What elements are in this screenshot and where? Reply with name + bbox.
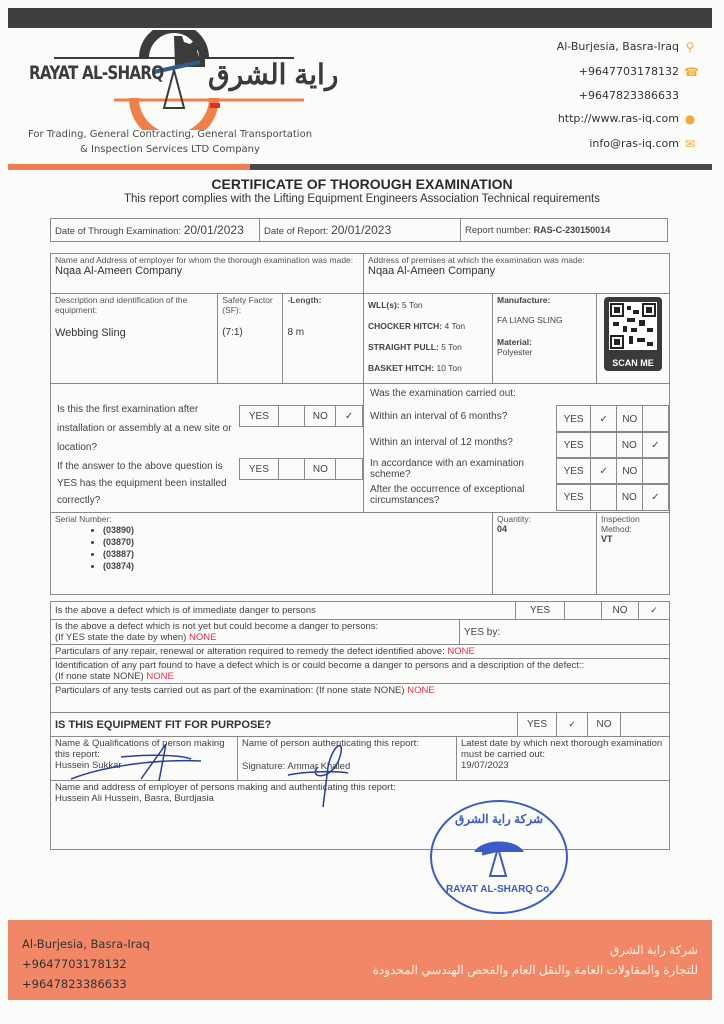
next-exam-value: 19/07/2023 [461,760,665,771]
identification-label: Identification of any part found to have… [55,660,665,671]
contact-phone-2[interactable]: +9647823386633 [579,89,679,102]
manufacture-label: Manufacture: [497,295,592,305]
footer-phone-2[interactable]: +9647823386633 [22,974,150,994]
wll-label: WLL(s): [368,300,400,310]
serial-number-label: Serial Number: [55,514,488,524]
no-label: NO [588,713,621,737]
identification-row: Identification of any part found to have… [50,658,670,684]
immediate-danger-label: Is the above a defect which is of immedi… [51,602,516,620]
straight-pull-value: 5 Ton [441,342,462,352]
exam-answer-1: YES✓NO [556,405,669,433]
contact-phone-1-text[interactable]: +9647703178132 [579,65,679,78]
exam-carried-heading: Was the examination carried out: [370,388,516,399]
no-label: NO [305,406,336,427]
certificate-title: CERTIFICATE OF THOROUGH EXAMINATION [0,176,724,192]
future-danger-row: Is the above a defect which is not yet b… [50,619,670,645]
exam-no-checkbox[interactable] [643,458,669,485]
material-value: Polyester [497,347,592,357]
footer-address: Al-Burjesia, Basra-Iraq [22,934,150,954]
no-label: NO [616,484,642,511]
report-number-label: Report number: [465,225,531,236]
no-label: NO [617,406,643,433]
installed-correctly-answer: YESNO [239,458,363,480]
fit-for-purpose-label: IS THIS EQUIPMENT FIT FOR PURPOSE? [51,713,518,737]
right-questions-cell: Was the examination carried out: Within … [364,384,670,513]
website-link[interactable]: http://www.ras-iq.com [558,112,679,125]
wll-value: 5 Ton [402,300,423,310]
fit-for-purpose-row: IS THIS EQUIPMENT FIT FOR PURPOSE? YES ✓… [50,712,670,737]
fit-no-checkbox[interactable] [621,713,670,737]
next-exam-label: Latest date by which next thorough exami… [461,738,665,760]
choker-hitch-label: CHOCKER HITCH: [368,321,442,331]
footer-phone-1[interactable]: +9647703178132 [22,954,150,974]
future-danger-label: Is the above a defect which is not yet b… [55,621,455,632]
tests-value: NONE [407,685,434,696]
manufacture-cell: Manufacture: FA LIANG SLING Material: Po… [493,294,597,384]
yes-label: YES [557,406,591,433]
quantity-value: 04 [497,524,592,534]
footer-arabic: شركة راية الشرق للتجارة والمقاولات العام… [373,940,698,980]
immediate-no-checkbox[interactable]: ✓ [639,602,670,620]
serial-number-item: (03874) [103,560,488,572]
tagline-line-1: For Trading, General Contracting, Genera… [0,129,340,140]
contact-website[interactable]: http://www.ras-iq.com● [558,112,696,125]
yes-label: YES [516,602,565,620]
serial-number-item: (03887) [103,548,488,560]
first-exam-yes-checkbox[interactable] [278,406,305,427]
length-label: -Length: [287,295,359,305]
next-exam-cell: Latest date by which next thorough exami… [457,737,670,781]
header-top-bar [8,8,712,28]
scan-me-label: SCAN ME [604,358,662,368]
manufacture-value: FA LIANG SLING [497,315,592,325]
exam-no-checkbox[interactable]: ✓ [642,432,668,459]
yes-label: YES [518,713,557,737]
email-link[interactable]: info@ras-iq.com [589,137,679,150]
persons-row: Name & Qualifications of person making t… [50,736,670,781]
repair-label: Particulars of any repair, renewal or al… [55,646,445,657]
divider-orange [8,164,250,170]
divider-dark [250,164,712,170]
exam-answer-2: YESNO✓ [556,431,669,459]
footer-arabic-description: للتجارة والمقاولات العامة والنقل العام و… [373,960,698,980]
brand-name-en: RAYAT AL-SHARQ [29,62,163,84]
qr-code[interactable]: SCAN ME [604,297,662,371]
no-label: NO [617,458,643,485]
premises-cell: Address of premises at which the examina… [364,254,670,294]
employer-value: Nqaa Al-Ameen Company [55,265,359,277]
contact-address: Al-Burjesia, Basra-Iraq⚲ [557,40,696,53]
quantity-cell: Quantity: 04 [493,513,597,595]
straight-pull-label: STRAIGHT PULL: [368,342,439,352]
stamp-english-text: RAYAT AL-SHARQ Co. [432,884,566,895]
report-date-label: Date of Report: [264,226,328,237]
installed-yes-checkbox[interactable] [278,459,305,480]
length-value: 8 m [287,327,359,338]
report-number-value: RAS-C-230150014 [534,225,611,235]
fit-yes-checkbox[interactable]: ✓ [557,713,588,737]
authenticator-cell: Name of person authenticating this repor… [238,737,457,781]
future-danger-cell: Is the above a defect which is not yet b… [51,620,460,645]
yes-label: YES [557,458,591,485]
yes-label: YES [557,432,591,459]
premises-label: Address of premises at which the examina… [368,255,665,265]
length-cell: -Length: 8 m [283,294,364,384]
company-stamp: شركة راية الشرق RAYAT AL-SHARQ Co. [430,800,568,914]
brand-name-ar: راية الشرق [208,58,338,91]
exam-yes-checkbox[interactable] [591,484,616,511]
left-questions-cell: Is this the first examination after inst… [51,384,364,513]
exam-date-value: 20/01/2023 [184,223,244,237]
exam-question-1: Within an interval of 6 months? [370,411,550,422]
tests-row: Particulars of any tests carried out as … [50,683,670,713]
contact-phone-1[interactable]: +9647703178132☎ [579,65,696,78]
tests-cell: Particulars of any tests carried out as … [51,684,670,713]
installed-no-checkbox[interactable] [336,459,363,480]
repair-value: NONE [447,646,474,657]
exam-date-label: Date of Through Examination: [55,226,181,237]
basket-hitch-value: 10 Ton [436,363,461,373]
material-label: Material: [497,337,592,347]
certificate-subtitle: This report complies with the Lifting Eq… [0,193,724,205]
signature-maker-icon [61,739,211,785]
phone-icon: ☎ [684,66,696,78]
identification-value: NONE [146,671,173,682]
choker-hitch-value: 4 Ton [445,321,466,331]
footer-arabic-company: شركة راية الشرق [373,940,698,960]
contact-email[interactable]: info@ras-iq.com✉ [589,137,696,150]
inspection-method-value: VT [601,534,665,544]
examination-table: Name and Address of employer for whom th… [50,253,670,595]
exam-yes-checkbox[interactable] [591,432,616,459]
contact-address-text: Al-Burjesia, Basra-Iraq [557,40,679,53]
installed-correctly-question: If the answer to the above question is Y… [57,458,237,509]
exam-question-2: Within an interval of 12 months? [370,437,550,448]
identification-sub: (If none state NONE) [55,671,144,682]
serial-number-item: (03870) [103,536,488,548]
safety-factor-value: (7:1) [222,327,278,338]
first-exam-question: Is this the first examination after inst… [57,400,237,457]
no-label: NO [305,459,336,480]
yes-label: YES [240,406,279,427]
equipment-description-cell: Description and identification of the eq… [51,294,218,384]
employer-label: Name and Address of employer for whom th… [55,255,359,265]
qr-cell: SCAN ME [597,294,670,384]
safety-factor-label: Safety Factor (SF): [222,295,278,315]
exam-answer-4: YESNO✓ [556,483,669,511]
first-exam-answer: YESNO✓ [239,405,363,427]
serial-number-list: (03890) (03870) (03887) (03874) [55,524,488,572]
report-info-table: Date of Through Examination: 20/01/2023 … [50,218,668,242]
report-number-cell: Report number: RAS-C-230150014 [461,219,668,242]
exam-question-4: After the occurrence of exceptional circ… [370,484,550,506]
immediate-danger-row: Is the above a defect which is of immedi… [50,601,670,620]
no-label: NO [616,432,642,459]
exam-question-3: In accordance with an examination scheme… [370,458,550,480]
stamp-arabic-text: شركة راية الشرق [432,812,566,826]
yes-label: YES [557,484,591,511]
exam-yes-checkbox[interactable]: ✓ [591,458,617,485]
tagline-line-2: & Inspection Services LTD Company [0,144,340,155]
exam-date-cell: Date of Through Examination: 20/01/2023 [51,219,260,242]
qr-code-icon [609,302,657,350]
exam-no-checkbox[interactable] [643,406,669,433]
contact-phone-2-text[interactable]: +9647823386633 [579,89,679,102]
future-danger-sub: (If YES state the date by when) [55,632,186,643]
wll-cell: WLL(s): 5 Ton CHOCKER HITCH: 4 Ton STRAI… [364,294,493,384]
defects-section: Is the above a defect which is of immedi… [50,601,670,850]
immediate-yes-checkbox[interactable] [565,602,602,620]
stamp-derrick-icon [472,832,526,878]
report-maker-cell: Name & Qualifications of person making t… [51,737,238,781]
yes-by-label: YES by: [460,620,670,645]
serial-number-cell: Serial Number: (03890) (03870) (03887) (… [51,513,493,595]
employer-cell: Name and Address of employer for whom th… [51,254,364,294]
inspection-method-cell: Inspection Method: VT [597,513,670,595]
report-date-cell: Date of Report: 20/01/2023 [260,219,461,242]
exam-answer-3: YES✓NO [556,457,669,485]
first-exam-no-checkbox[interactable]: ✓ [336,406,363,427]
serial-number-item: (03890) [103,524,488,536]
equipment-description-value: Webbing Sling [55,327,213,339]
safety-factor-cell: Safety Factor (SF): (7:1) [218,294,283,384]
repair-cell: Particulars of any repair, renewal or al… [51,645,670,659]
quantity-label: Quantity: [497,514,592,524]
report-date-value: 20/01/2023 [331,223,391,237]
equipment-description-label: Description and identification of the eq… [55,295,213,315]
footer-contacts: Al-Burjesia, Basra-Iraq +9647703178132 +… [22,934,150,994]
signature-authenticator-icon [268,737,368,817]
basket-hitch-label: BASKET HITCH: [368,363,434,373]
premises-value: Nqaa Al-Ameen Company [368,265,665,277]
future-danger-value: NONE [189,632,216,643]
exam-yes-checkbox[interactable]: ✓ [591,406,617,433]
yes-label: YES [240,459,279,480]
mail-icon: ✉ [684,138,696,150]
repair-row: Particulars of any repair, renewal or al… [50,644,670,659]
exam-no-checkbox[interactable]: ✓ [642,484,668,511]
identification-cell: Identification of any part found to have… [51,659,670,684]
location-pin-icon: ⚲ [684,41,696,53]
no-label: NO [602,602,639,620]
tests-label: Particulars of any tests carried out as … [55,685,405,696]
inspection-method-label: Inspection Method: [601,514,665,534]
globe-icon: ● [684,113,696,125]
